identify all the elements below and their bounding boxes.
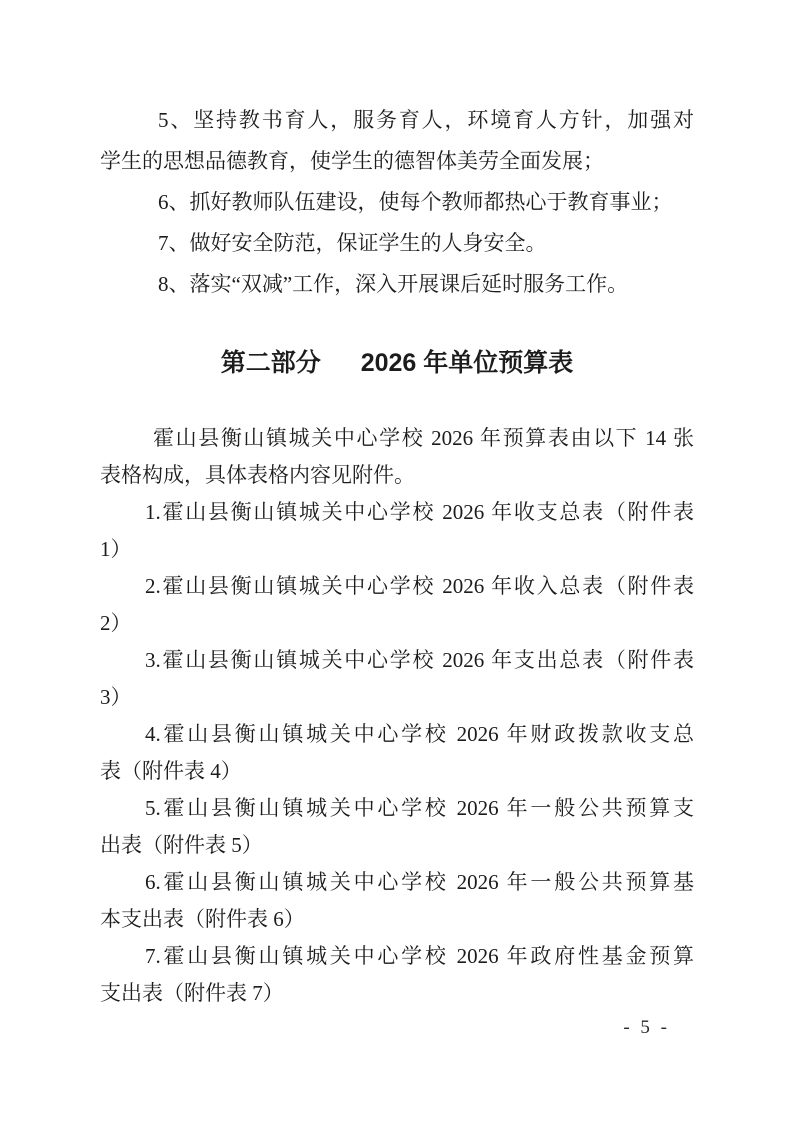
- table-item-4-line-1: 4.霍山县衡山镇城关中心学校 2026 年财政拨款收支总: [100, 716, 694, 753]
- intro-line-2: 表格构成，具体表格内容见附件。: [100, 457, 694, 494]
- task-5-line-1: 5、坚持教书育人，服务育人，环境育人方针，加强对: [100, 100, 694, 141]
- document-page: 5、坚持教书育人，服务育人，环境育人方针，加强对 学生的思想品德教育，使学生的德…: [0, 0, 794, 1122]
- table-item-2-line-2: 2）: [100, 605, 694, 642]
- table-item-6-line-2: 本支出表（附件表 6）: [100, 901, 694, 938]
- table-item-7-line-2: 支出表（附件表 7）: [100, 975, 694, 1012]
- task-7-text: 7、做好安全防范，保证学生的人身安全。: [100, 223, 694, 264]
- table-item-7-line-1: 7.霍山县衡山镇城关中心学校 2026 年政府性基金预算: [100, 938, 694, 975]
- intro-line-1: 霍山县衡山镇城关中心学校 2026 年预算表由以下 14 张: [100, 420, 694, 457]
- page-content: 5、坚持教书育人，服务育人，环境育人方针，加强对 学生的思想品德教育，使学生的德…: [100, 0, 694, 1012]
- table-item-3-line-2: 3）: [100, 679, 694, 716]
- task-8-text: 8、落实“双减”工作，深入开展课后延时服务工作。: [100, 264, 694, 305]
- table-item-3-line-1: 3.霍山县衡山镇城关中心学校 2026 年支出总表（附件表: [100, 642, 694, 679]
- page-number: - 5 -: [623, 1016, 670, 1040]
- table-item-6-line-1: 6.霍山县衡山镇城关中心学校 2026 年一般公共预算基: [100, 864, 694, 901]
- task-6-text: 6、抓好教师队伍建设，使每个教师都热心于教育事业；: [100, 182, 694, 223]
- table-item-1-line-1: 1.霍山县衡山镇城关中心学校 2026 年收支总表（附件表: [100, 494, 694, 531]
- part2-heading: 第二部分2026 年单位预算表: [100, 341, 694, 385]
- table-item-4-line-2: 表（附件表 4）: [100, 753, 694, 790]
- section-part1-conclusion: 5、坚持教书育人，服务育人，环境育人方针，加强对 学生的思想品德教育，使学生的德…: [100, 100, 694, 305]
- section-part2-body: 霍山县衡山镇城关中心学校 2026 年预算表由以下 14 张 表格构成，具体表格…: [100, 420, 694, 1012]
- part2-heading-title: 2026 年单位预算表: [361, 349, 574, 377]
- table-item-1-line-2: 1）: [100, 531, 694, 568]
- table-item-5-line-2: 出表（附件表 5）: [100, 827, 694, 864]
- task-5-line-2: 学生的思想品德教育，使学生的德智体美劳全面发展；: [100, 141, 694, 182]
- table-item-2-line-1: 2.霍山县衡山镇城关中心学校 2026 年收入总表（附件表: [100, 568, 694, 605]
- part2-heading-label: 第二部分: [221, 349, 321, 377]
- table-item-5-line-1: 5.霍山县衡山镇城关中心学校 2026 年一般公共预算支: [100, 790, 694, 827]
